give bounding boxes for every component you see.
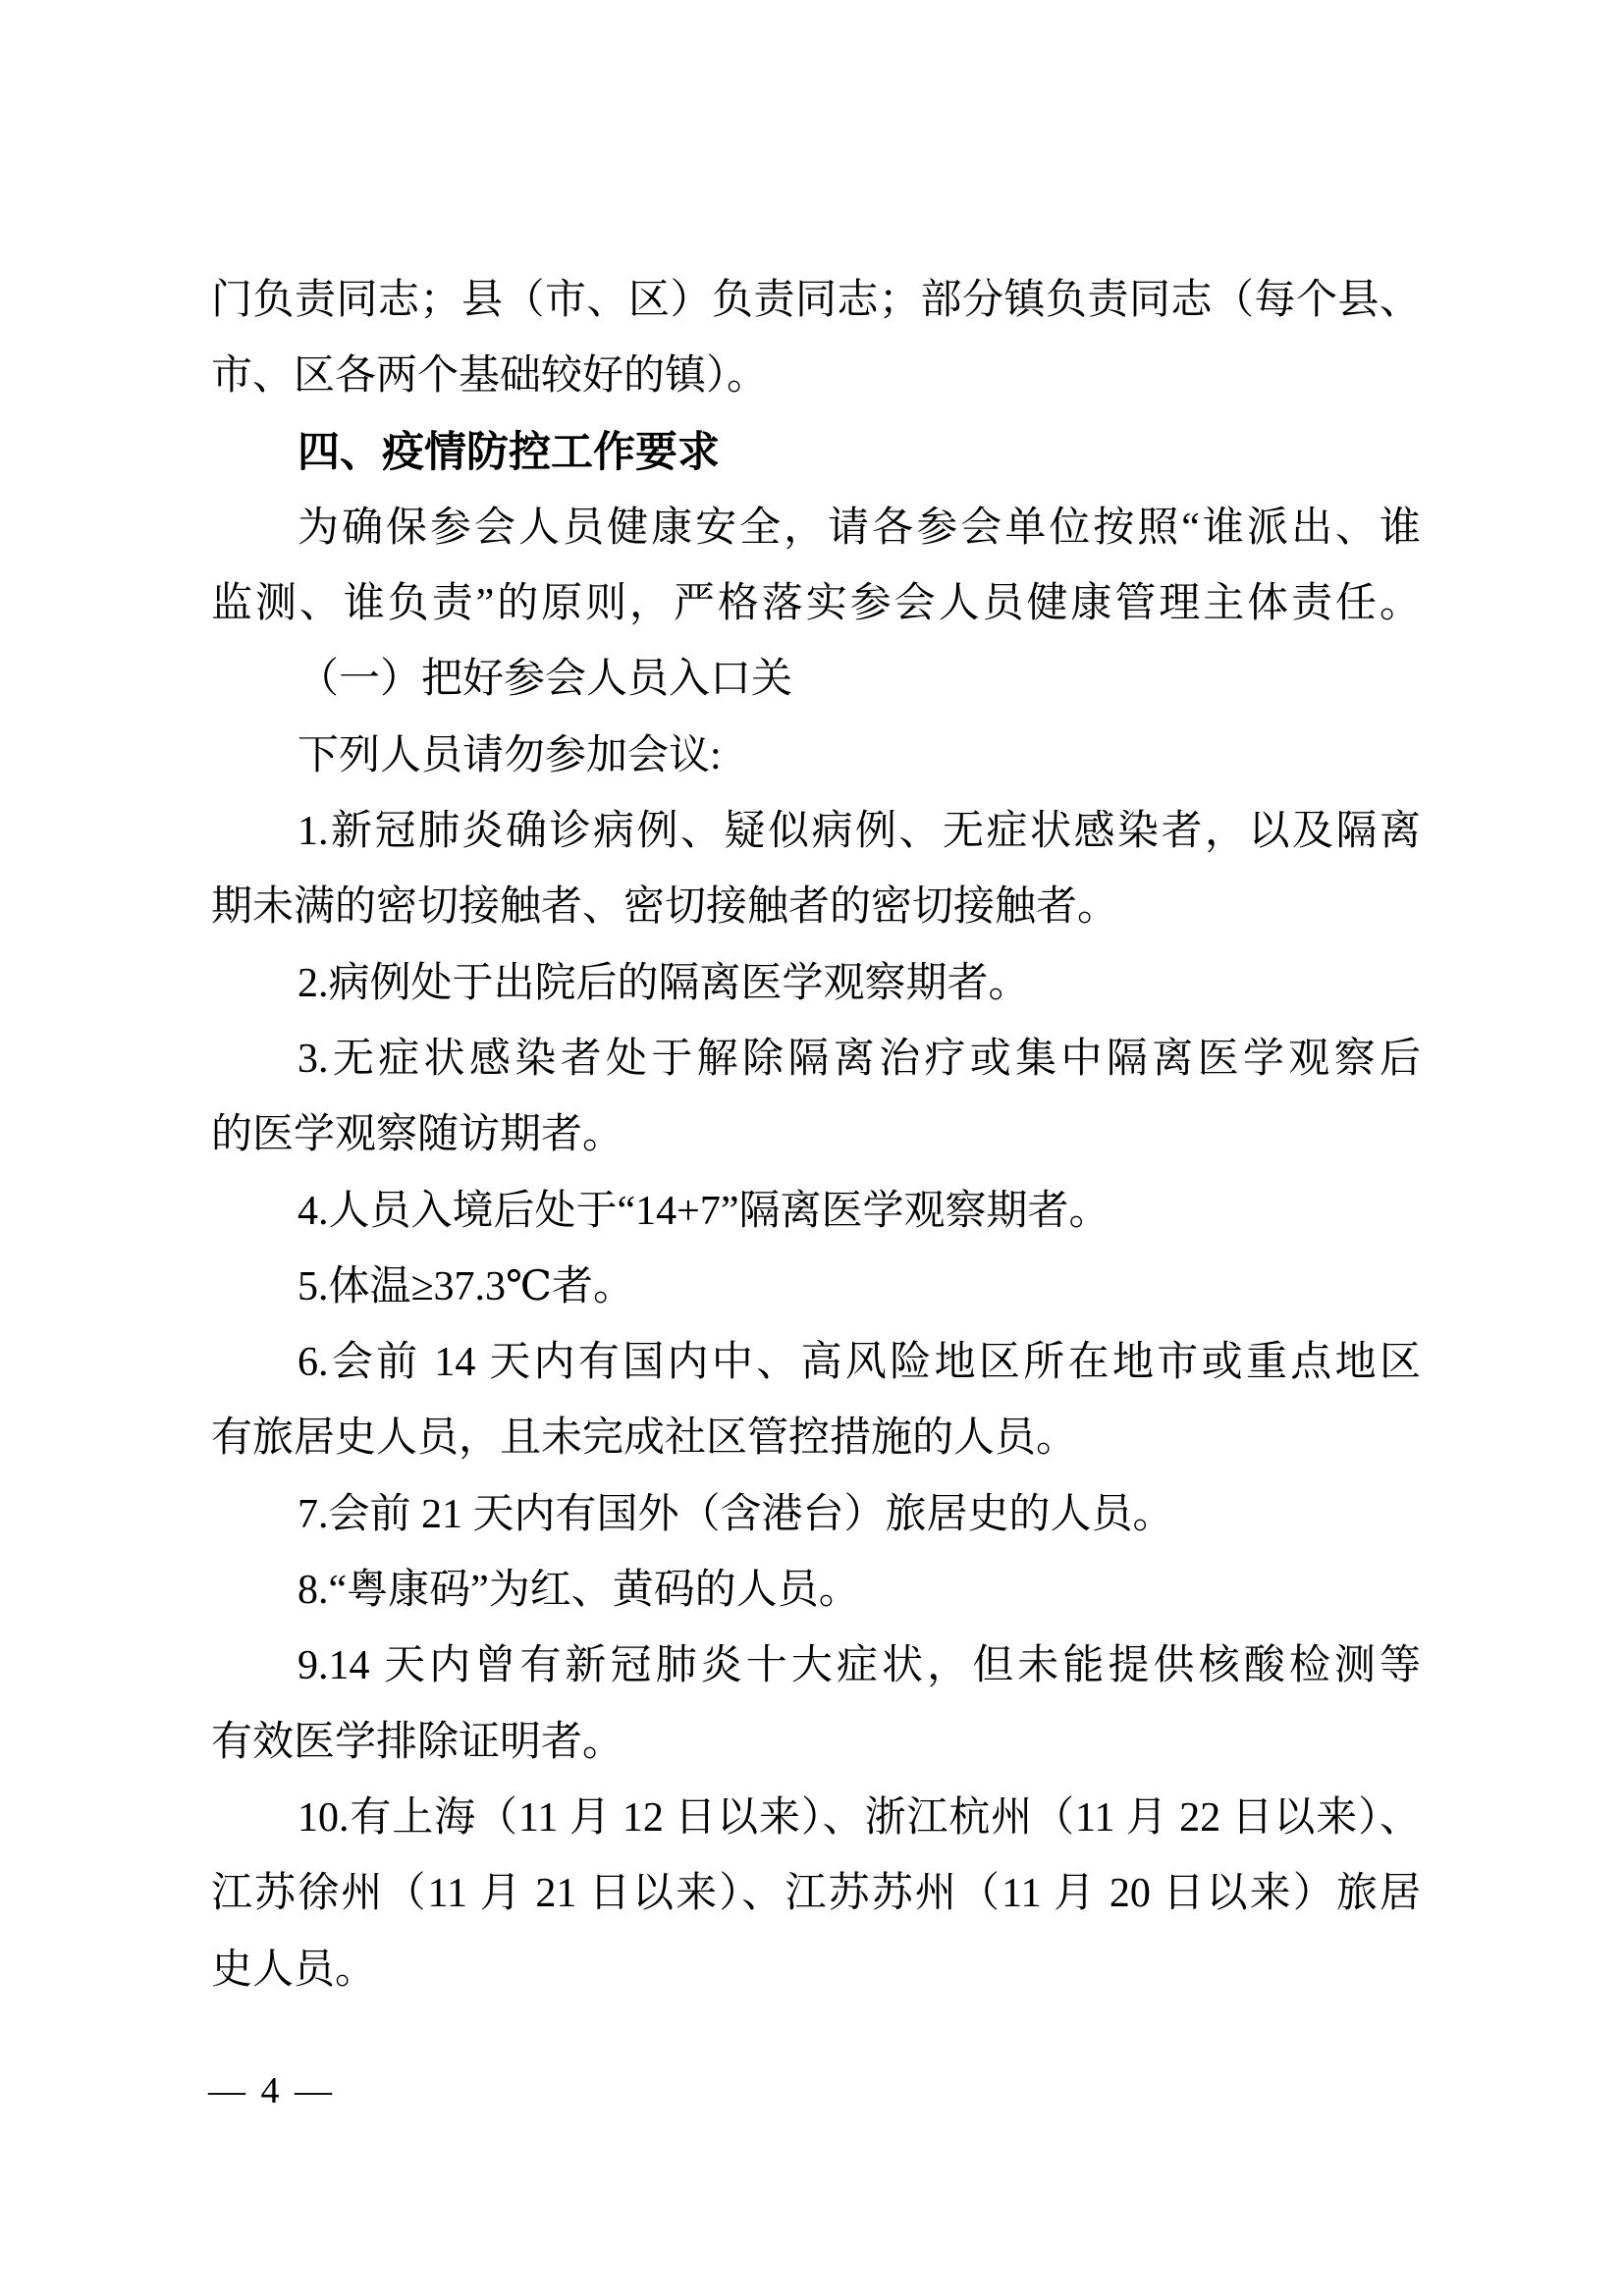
document-line-item-9: 9.14 天内曾有新冠肺炎十大症状，但未能提供核酸检测等 — [211, 1629, 1421, 1704]
document-line-item-8: 8.“粤康码”为红、黄码的人员。 — [211, 1553, 1421, 1629]
document-line-item-5: 5.体温≥37.3℃者。 — [211, 1250, 1421, 1325]
document-line: 有旅居史人员，且未完成社区管控措施的人员。 — [211, 1401, 1421, 1476]
document-line-item-4: 4.人员入境后处于“14+7”隔离医学观察期者。 — [211, 1174, 1421, 1250]
document-line: 期未满的密切接触者、密切接触者的密切接触者。 — [211, 870, 1421, 945]
subsection-heading-entry-check: （一）把好参会人员入口关 — [211, 642, 1421, 718]
document-line: 监测、谁负责”的原则，严格落实参会人员健康管理主体责任。 — [211, 566, 1421, 642]
document-line: 史人员。 — [211, 1933, 1421, 2008]
document-line-item-3: 3.无症状感染者处于解除隔离治疗或集中隔离医学观察后 — [211, 1022, 1421, 1097]
document-line: 门负责同志；县（市、区）负责同志；部分镇负责同志（每个县、 — [211, 263, 1421, 339]
document-line-item-10: 10.有上海（11 月 12 日以来）、浙江杭州（11 月 22 日以来）、 — [211, 1781, 1421, 1856]
document-line: 下列人员请勿参加会议: — [211, 719, 1421, 794]
document-line-item-2: 2.病例处于出院后的隔离医学观察期者。 — [211, 946, 1421, 1022]
document-line-item-1: 1.新冠肺炎确诊病例、疑似病例、无症状感染者，以及隔离 — [211, 794, 1421, 870]
document-line: 为确保参会人员健康安全，请各参会单位按照“谁派出、谁 — [211, 491, 1421, 566]
document-line-item-6: 6.会前 14 天内有国内中、高风险地区所在地市或重点地区 — [211, 1325, 1421, 1401]
document-line: 江苏徐州（11 月 21 日以来）、江苏苏州（11 月 20 日以来）旅居 — [211, 1856, 1421, 1932]
page-number: — 4 — — [208, 2067, 335, 2114]
document-line: 市、区各两个基础较好的镇）。 — [211, 339, 1421, 414]
document-body: 门负责同志；县（市、区）负责同志；部分镇负责同志（每个县、 市、区各两个基础较好… — [211, 263, 1421, 2008]
section-heading-epidemic-control: 四、疫情防控工作要求 — [211, 415, 1421, 491]
document-line-item-7: 7.会前 21 天内有国外（含港台）旅居史的人员。 — [211, 1477, 1421, 1553]
document-line: 有效医学排除证明者。 — [211, 1705, 1421, 1781]
document-line: 的医学观察随访期者。 — [211, 1097, 1421, 1173]
document-page: 门负责同志；县（市、区）负责同志；部分镇负责同志（每个县、 市、区各两个基础较好… — [0, 0, 1624, 2296]
